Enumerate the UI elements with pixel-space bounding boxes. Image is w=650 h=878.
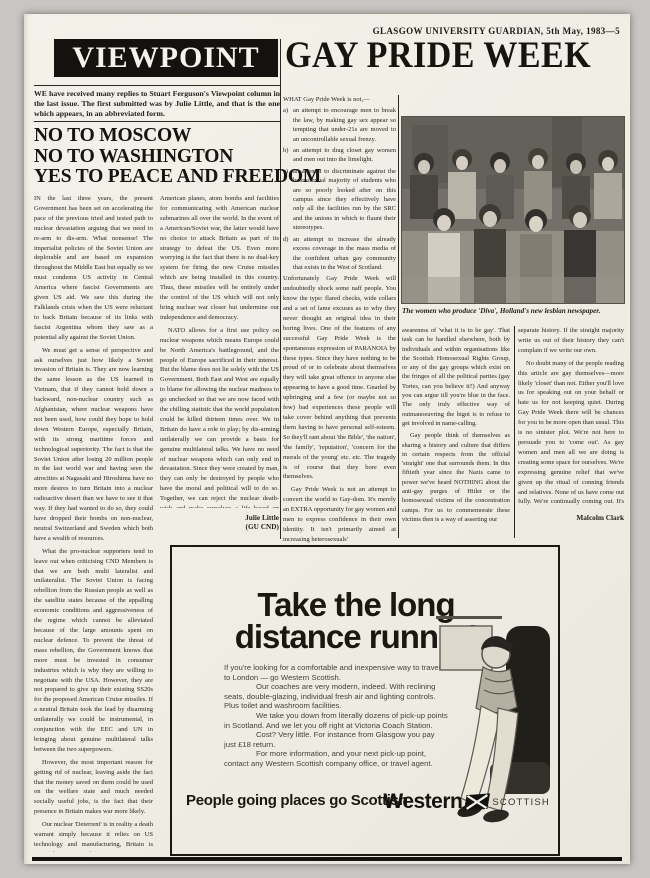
paragraph: American planes, atom bombs and faciliti… (160, 194, 279, 323)
list-text: an attempt to drag closet gay women and … (293, 147, 396, 163)
list-item: a) an attempt to encourage men to break … (283, 106, 396, 144)
gay-pride-column-2: awareness of 'what it is to be gay'. Tha… (402, 326, 510, 538)
intro-rule-bottom (34, 121, 280, 122)
article-lead: WHAT Gay Pride Week is not,— (283, 95, 396, 104)
group-photo-illustration (402, 117, 624, 303)
list-label: a) (283, 106, 288, 115)
paragraph: Unfortunately Gay Pride Week will undoub… (283, 274, 396, 482)
column-divider (398, 95, 399, 538)
column-divider (514, 326, 515, 538)
list-label: d) (283, 235, 288, 244)
masthead: GLASGOW UNIVERSITY GUARDIAN, 5th May, 19… (373, 26, 620, 36)
column-text: American planes, atom bombs and faciliti… (160, 194, 279, 508)
paragraph: awareness of 'what it is to be gay'. Tha… (402, 326, 510, 428)
paragraph: However, the most important reason for g… (34, 758, 153, 817)
viewpoint-byline: Julie Little (GU CND) (160, 513, 279, 531)
paragraph: What the pro-nuclear supporters tend to … (34, 547, 153, 755)
column-text: separate history. If the straight majori… (518, 326, 624, 508)
paragraph: IN the last three years, the present Gov… (34, 194, 153, 343)
headline-line: YES TO PEACE AND FREEDOM (34, 167, 321, 188)
viewpoint-intro: WE have received many replies to Stuart … (34, 89, 280, 119)
paragraph: Our nuclear 'Deterrent' is in reality a … (34, 820, 153, 852)
ad-paragraph: We take you down from literally dozens o… (224, 711, 448, 730)
paragraph: separate history. If the straight majori… (518, 326, 624, 356)
gay-pride-column-3: separate history. If the straight majori… (518, 326, 624, 522)
viewpoint-column-1: IN the last three years, the present Gov… (34, 194, 153, 852)
paragraph: Gay people think of themselves as sharin… (402, 431, 510, 524)
paragraph: Gay Pride Week is not an attempt to conv… (283, 485, 396, 543)
ad-paragraph: Cost? Very little. For instance from Gla… (224, 730, 448, 749)
list-label: c) (283, 167, 288, 176)
newspaper-page: GLASGOW UNIVERSITY GUARDIAN, 5th May, 19… (24, 14, 630, 864)
byline-name: Julie Little (160, 513, 279, 522)
ad-paragraph: For more information, and your next pick… (224, 749, 448, 768)
list-text: an attempt to increase the already exces… (293, 236, 396, 271)
section-divider (280, 39, 281, 539)
list-text: an attempt to discriminate against the h… (293, 168, 396, 231)
gay-pride-headline: GAY PRIDE WEEK (285, 38, 627, 75)
paragraph: No doubt many of the people reading this… (518, 359, 624, 508)
list-text: an attempt to encourage men to break the… (293, 107, 396, 142)
ad-paragraph: If you're looking for a comfortable and … (224, 663, 448, 682)
photo-caption: The women who produce 'Diva', Holland's … (402, 307, 624, 316)
headline-line: NO TO WASHINGTON (34, 147, 321, 168)
column-text: Unfortunately Gay Pride Week will undoub… (283, 274, 396, 543)
list-item: d) an attempt to increase the already ex… (283, 235, 396, 273)
western-scottish-ad: Take the long distance runner! If you're… (170, 545, 560, 856)
ad-paragraph: Our coaches are very modern, indeed. Wit… (224, 682, 448, 711)
viewpoint-banner: VIEWPOINT (54, 39, 278, 77)
ad-tagline: People going places go Scottish (186, 792, 408, 809)
headline-line: NO TO MOSCOW (34, 126, 321, 147)
viewpoint-article-headline: NO TO MOSCOW NO TO WASHINGTON YES TO PEA… (34, 126, 321, 188)
byline-org: (GU CND) (160, 522, 279, 531)
brand-logo: Western SCOTTISH (383, 790, 550, 814)
list-item: c) an attempt to discriminate against th… (283, 167, 396, 233)
photo-diva-group (402, 117, 624, 303)
paragraph: We must get a sense of perspective and a… (34, 346, 153, 544)
saltire-flag-icon (464, 793, 490, 811)
list-label: b) (283, 146, 288, 155)
brand-suffix: SCOTTISH (492, 797, 550, 808)
page-bottom-rule (32, 857, 622, 861)
list-item: b) an attempt to drag closet gay women a… (283, 146, 396, 165)
gay-pride-column-1: WHAT Gay Pride Week is not,— a) an attem… (283, 95, 396, 543)
intro-rule-top (34, 85, 280, 86)
brand-name: Western (383, 790, 462, 814)
paragraph: NATO allows for a first use policy on nu… (160, 326, 279, 508)
gay-pride-byline: Malcolm Clark (518, 513, 624, 522)
ad-body: If you're looking for a comfortable and … (224, 663, 448, 769)
